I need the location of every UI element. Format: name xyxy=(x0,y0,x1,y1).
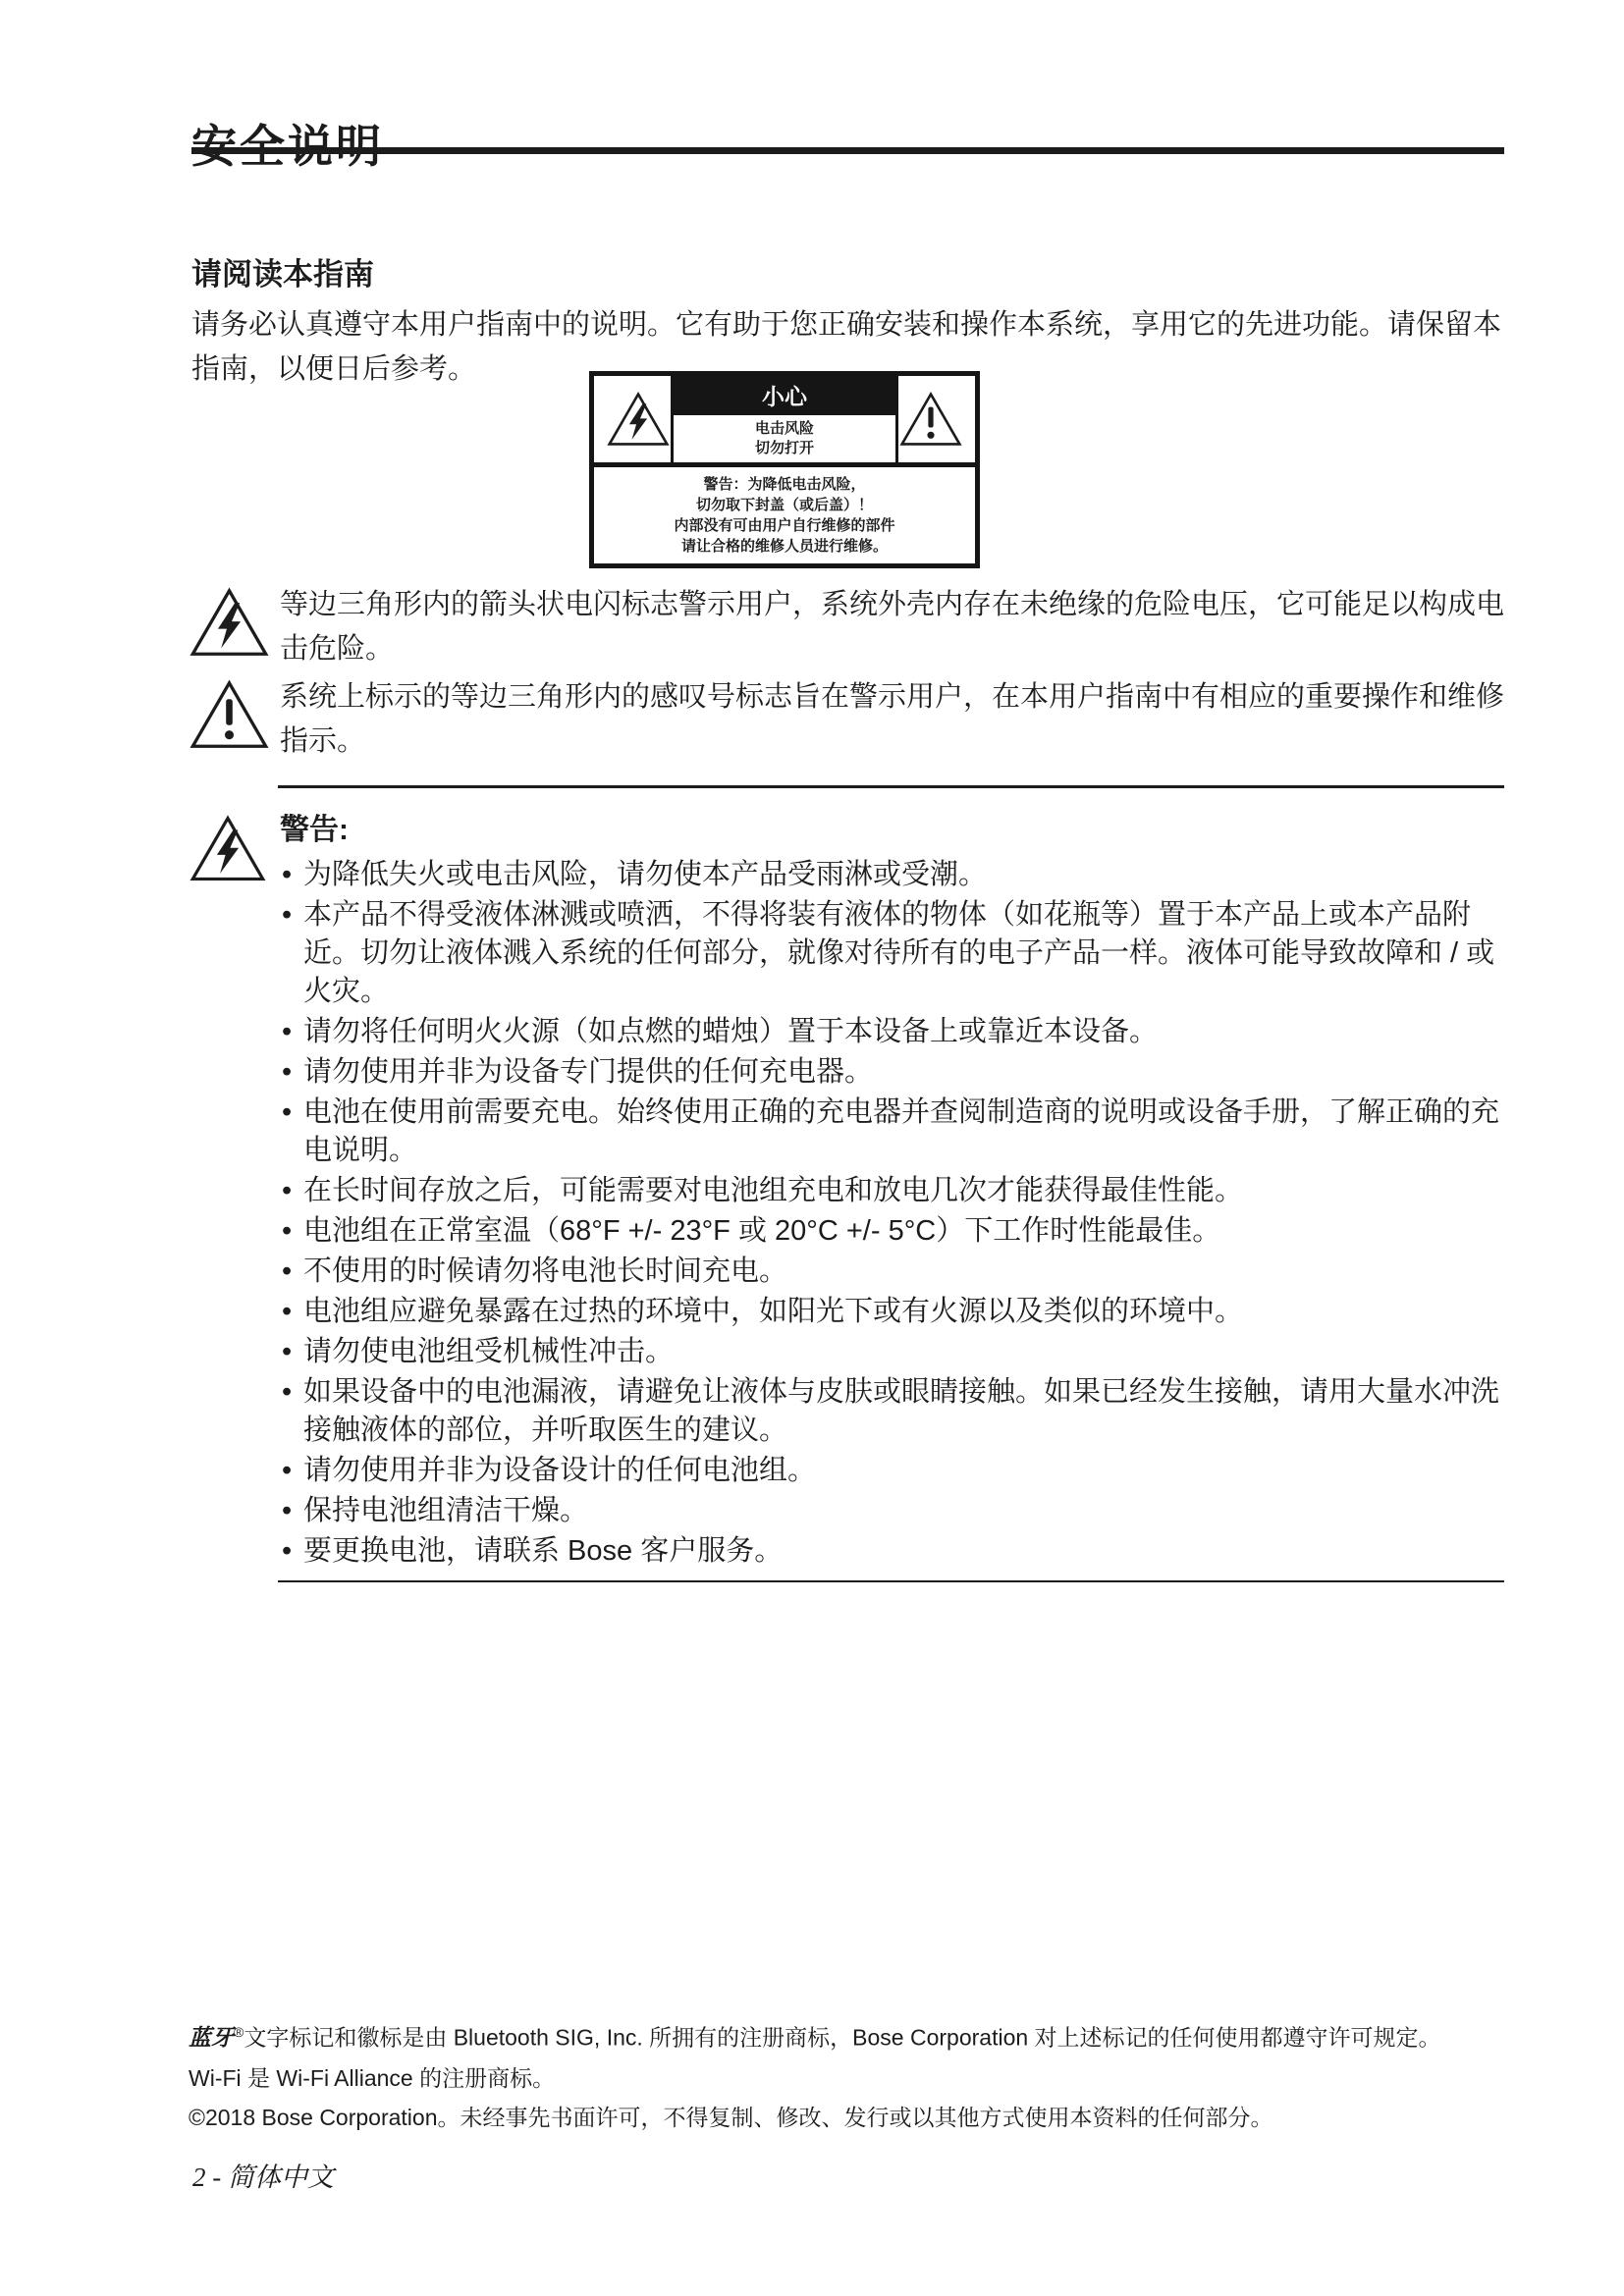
page-title: 安全说明 xyxy=(191,111,384,176)
warning-bullet-list: 为降低失火或电击风险，请勿使本产品受雨淋或受潮。 本产品不得受液体淋溅或喷洒，不… xyxy=(280,856,1504,1571)
warning-bullet: 请勿使电池组受机械性冲击。 xyxy=(280,1333,1504,1371)
warning-bullet: 如果设备中的电池漏液，请避免让液体与皮肤或眼睛接触。如果已经发生接触，请用大量水… xyxy=(280,1373,1504,1450)
warning-bullet: 保持电池组清洁干燥。 xyxy=(280,1492,1504,1530)
page-number-footer: 2 - 简体中文 xyxy=(192,2156,334,2194)
warning-bullet: 在长时间存放之后，可能需要对电池组充电和放电几次才能获得最佳性能。 xyxy=(280,1172,1504,1210)
caution-body-line: 内部没有可由用户自行维修的部件 xyxy=(598,515,971,536)
warning-bullet: 电池在使用前需要充电。始终使用正确的充电器并查阅制造商的说明或设备手册，了解正确… xyxy=(280,1094,1504,1170)
caution-body-line: 警告：为降低电击风险， xyxy=(598,474,971,495)
lightning-triangle-icon xyxy=(189,583,280,671)
caution-center-panel: 小心 电击风险 切勿打开 xyxy=(671,373,898,466)
footnote-wifi: Wi-Fi 是 Wi-Fi Alliance 的注册商标。 xyxy=(189,2058,1509,2098)
notice-important-instructions: 系统上标示的等边三角形内的感叹号标志旨在警示用户，在本用户指南中有相应的重要操作… xyxy=(189,675,1504,764)
caution-header: 小心 xyxy=(674,376,895,415)
lightning-triangle-icon xyxy=(606,390,671,449)
caution-body-text: 警告：为降低电击风险， 切勿取下封盖（或后盖）！ 内部没有可由用户自行维修的部件… xyxy=(594,462,975,564)
warning-bottom-divider xyxy=(278,1580,1504,1582)
warning-bullet: 电池组在正常室温（68°F +/- 23°F 或 20°C +/- 5°C）下工… xyxy=(280,1212,1504,1251)
warning-bullet: 不使用的时候请勿将电池长时间充电。 xyxy=(280,1253,1504,1291)
trademark-footnotes: 蓝牙®文字标记和徽标是由 Bluetooth SIG, Inc. 所拥有的注册商… xyxy=(189,2012,1509,2137)
warning-bullet: 电池组应避免暴露在过热的环境中，如阳光下或有火源以及类似的环境中。 xyxy=(280,1293,1504,1331)
warning-bullet: 请勿使用并非为设备设计的任何电池组。 xyxy=(280,1452,1504,1490)
manual-page: 安全说明 请阅读本指南 请务必认真遵守本用户指南中的说明。它有助于您正确安装和操… xyxy=(0,0,1624,2296)
warning-heading: 警告: xyxy=(280,805,1504,848)
notice-text: 系统上标示的等边三角形内的感叹号标志旨在警示用户，在本用户指南中有相应的重要操作… xyxy=(280,675,1504,764)
lightning-triangle-icon xyxy=(189,805,280,1571)
caution-sub-line2: 切勿打开 xyxy=(674,439,895,458)
caution-subtext: 电击风险 切勿打开 xyxy=(674,415,895,463)
read-guide-heading: 请阅读本指南 xyxy=(191,249,374,294)
warning-section: 警告: 为降低失火或电击风险，请勿使本产品受雨淋或受潮。 本产品不得受液体淋溅或… xyxy=(189,805,1504,1571)
footnote-copyright: ©2018 Bose Corporation。未经事先书面许可，不得复制、修改、… xyxy=(189,2098,1509,2137)
caution-label-top: 小心 电击风险 切勿打开 xyxy=(594,376,975,462)
caution-body-line: 请让合格的维修人员进行维修。 xyxy=(598,536,971,557)
caution-label: 小心 电击风险 切勿打开 警告：为降低电击风险， 切勿取下封盖（或后盖）！ 内部… xyxy=(589,371,980,568)
title-divider xyxy=(191,147,1504,154)
warning-bullet: 为降低失火或电击风险，请勿使本产品受雨淋或受潮。 xyxy=(280,856,1504,894)
registered-mark: ® xyxy=(234,2024,244,2040)
footnote-bluetooth-text: 文字标记和徽标是由 Bluetooth SIG, Inc. 所拥有的注册商标，B… xyxy=(244,2025,1440,2051)
exclamation-triangle-icon xyxy=(189,675,280,764)
caution-body-line: 切勿取下封盖（或后盖）！ xyxy=(598,495,971,515)
footnote-bluetooth: 蓝牙®文字标记和徽标是由 Bluetooth SIG, Inc. 所拥有的注册商… xyxy=(189,2012,1509,2058)
notice-text: 等边三角形内的箭头状电闪标志警示用户，系统外壳内存在未绝缘的危险电压，它可能足以… xyxy=(280,583,1504,671)
exclamation-triangle-icon xyxy=(898,390,963,449)
caution-sub-line1: 电击风险 xyxy=(674,419,895,439)
warning-bullet: 要更换电池，请联系 Bose 客户服务。 xyxy=(280,1532,1504,1571)
warning-top-divider xyxy=(278,785,1504,788)
warning-bullet: 本产品不得受液体淋溅或喷洒，不得将装有液体的物体（如花瓶等）置于本产品上或本产品… xyxy=(280,896,1504,1011)
warning-body: 警告: 为降低失火或电击风险，请勿使本产品受雨淋或受潮。 本产品不得受液体淋溅或… xyxy=(280,805,1504,1571)
notice-electric-shock: 等边三角形内的箭头状电闪标志警示用户，系统外壳内存在未绝缘的危险电压，它可能足以… xyxy=(189,583,1504,671)
bluetooth-wordmark: 蓝牙 xyxy=(189,2026,234,2051)
warning-bullet: 请勿使用并非为设备专门提供的任何充电器。 xyxy=(280,1053,1504,1092)
warning-bullet: 请勿将任何明火火源（如点燃的蜡烛）置于本设备上或靠近本设备。 xyxy=(280,1013,1504,1051)
